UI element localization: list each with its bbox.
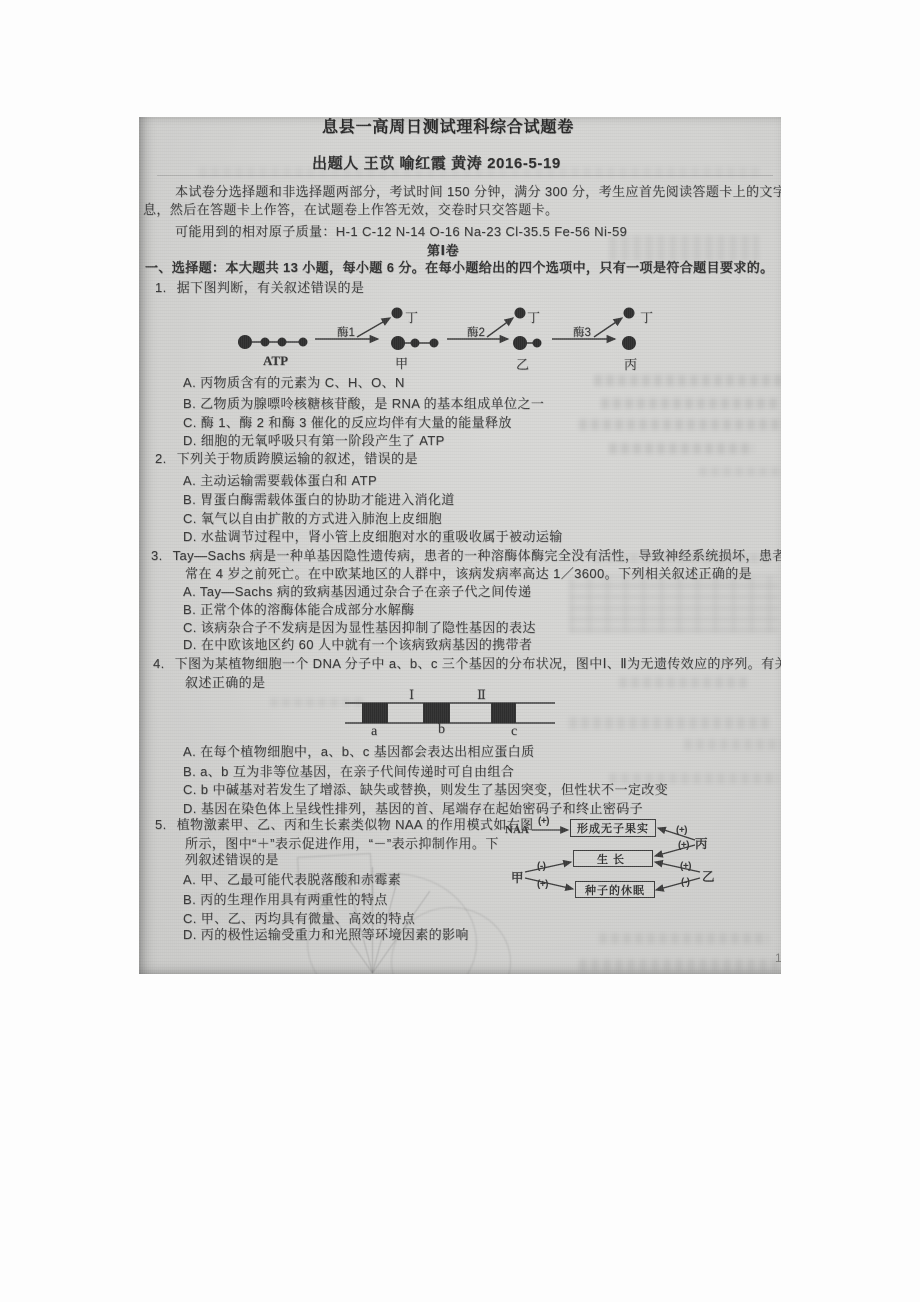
part-heading: 第Ⅰ卷 <box>427 244 459 259</box>
intro-line-2: 息，然后在答题卡上作答，在试题卷上作答无效，交卷时只交答题卡。 <box>143 203 558 218</box>
bleed-smudge <box>199 167 759 177</box>
q1-label-enzyme-1: 酶1 <box>337 324 355 340</box>
q4-option-c: C. b 中碱基对若发生了增添、缺失或替换，则发生了基因突变，但性状不一定改变 <box>183 783 668 798</box>
question-2-stem: 2.下列关于物质跨膜运输的叙述，错误的是 <box>155 452 418 467</box>
question-4-stem-line2: 叙述正确的是 <box>185 676 265 691</box>
q1-label-jia: 甲 <box>395 353 408 372</box>
q4-label-segment-1: Ⅰ <box>409 687 414 703</box>
q3-option-b: B. 正常个体的溶酶体能合成部分水解酶 <box>183 603 415 618</box>
bleed-smudge <box>569 575 779 633</box>
bleed-smudge <box>599 933 769 944</box>
q5-box-seedless-fruit: 形成无子果实 <box>570 819 656 837</box>
atomic-mass-line: 可能用到的相对原子质量：H-1 C-12 N-14 O-16 Na-23 Cl-… <box>175 225 627 240</box>
bleed-smudge <box>569 717 769 729</box>
question-5-stem-line3: 列叙述错误的是 <box>185 853 279 868</box>
q4-option-b: B. a、b 互为非等位基因，在亲子代间传递时可自由组合 <box>183 765 514 780</box>
page-background: 息县一高周日测试理科综合试题卷 出题人 王苡 喻红霞 黄涛 2016-5-19 … <box>0 0 920 1302</box>
q1-label-ding-3: 丁 <box>640 307 653 326</box>
q5-sign-bing-plus-1: (+) <box>676 825 687 836</box>
bleed-smudge <box>609 235 759 261</box>
q5-label-bing: 丙 <box>695 834 708 852</box>
bleed-smudge <box>684 739 781 750</box>
bleed-smudge <box>579 959 779 972</box>
q3-option-a: A. Tay—Sachs 病的致病基因通过杂合子在亲子代之间传递 <box>183 585 531 600</box>
q3-option-d: D. 在中欧该地区约 60 人中就有一个该病致病基因的携带者 <box>183 638 532 653</box>
question-5-stem: 5.植物激素甲、乙、丙和生长素类似物 NAA 的作用模式如右图 <box>155 818 534 833</box>
bleed-smudge <box>594 553 774 563</box>
q1-label-bing: 丙 <box>624 354 637 373</box>
bleed-smudge <box>619 677 749 688</box>
q5-box-growth: 生长 <box>573 850 653 867</box>
q1-label-enzyme-3: 酶3 <box>573 324 591 340</box>
bleed-smudge <box>601 398 781 409</box>
q2-option-d: D. 水盐调节过程中，肾小管上皮细胞对水的重吸收属于被动运输 <box>183 530 563 545</box>
exam-title: 息县一高周日测试理科综合试题卷 <box>322 119 574 137</box>
bleed-smudge <box>594 375 781 386</box>
bleed-smudge <box>270 698 365 707</box>
page-number: 1 <box>775 951 781 965</box>
q1-label-enzyme-2: 酶2 <box>467 324 485 340</box>
question-4-stem: 4.下图为某植物细胞一个 DNA 分子中 a、b、c 三个基因的分布状况，图中Ⅰ… <box>153 657 781 672</box>
q4-label-gene-c: c <box>511 724 517 740</box>
q1-option-d: D. 细胞的无氧呼吸只有第一阶段产生了 ATP <box>183 434 445 449</box>
question-4-number: 4. <box>153 656 165 671</box>
q5-sign-jia-plus: (+) <box>537 879 548 890</box>
q5-sign-naa-plus: (+) <box>538 816 549 827</box>
q1-label-ding-2: 丁 <box>527 307 540 326</box>
question-2-number: 2. <box>155 451 167 466</box>
q1-option-b: B. 乙物质为腺嘌呤核糖核苷酸，是 RNA 的基本组成单位之一 <box>183 397 544 412</box>
q1-atp-diagram <box>229 297 659 369</box>
q4-option-a: A. 在每个植物细胞中，a、b、c 基因都会表达出相应蛋白质 <box>183 745 534 760</box>
q1-label-yi: 乙 <box>516 354 529 373</box>
question-5-stem-text: 植物激素甲、乙、丙和生长素类似物 NAA 的作用模式如右图 <box>177 817 534 832</box>
exam-sheet-scan: 息县一高周日测试理科综合试题卷 出题人 王苡 喻红霞 黄涛 2016-5-19 … <box>139 117 781 974</box>
question-1-number: 1. <box>155 280 167 295</box>
q4-label-segment-2: Ⅱ <box>477 687 486 703</box>
q3-option-c: C. 该病杂合子不发病是因为显性基因抑制了隐性基因的表达 <box>183 621 536 636</box>
section-heading: 一、选择题：本大题共 13 小题，每小题 6 分。在每小题给出的四个选项中，只有… <box>145 261 774 276</box>
q2-option-c: C. 氧气以自由扩散的方式进入肺泡上皮细胞 <box>183 512 442 527</box>
q1-option-c: C. 酶 1、酶 2 和酶 3 催化的反应均伴有大量的能量释放 <box>183 416 512 431</box>
q5-sign-jia-minus: (-) <box>537 861 546 872</box>
q2-option-b: B. 胃蛋白酶需载体蛋白的协助才能进入消化道 <box>183 493 455 508</box>
q5-sign-yi-minus: (-) <box>681 877 690 888</box>
q1-label-atp: ATP <box>263 353 288 369</box>
q5-box-seed-dormancy: 种子的休眠 <box>575 881 655 898</box>
pencil-sketch-line <box>372 867 373 973</box>
q5-label-naa: NAA <box>505 824 529 836</box>
bleed-smudge <box>699 467 781 476</box>
bleed-smudge <box>609 773 779 784</box>
question-5-stem-line2: 所示，图中“＋”表示促进作用，“－”表示抑制作用。下 <box>185 837 499 852</box>
q1-label-ding-1: 丁 <box>405 307 418 326</box>
q5-label-jia: 甲 <box>511 868 524 886</box>
q4-label-gene-b: b <box>438 722 445 738</box>
q4-label-gene-a: a <box>371 724 377 740</box>
question-1-stem-text: 据下图判断，有关叙述错误的是 <box>177 280 365 295</box>
q5-sign-bing-plus-2: (+) <box>678 840 689 851</box>
q5-label-yi: 乙 <box>702 867 715 885</box>
question-5-number: 5. <box>155 817 167 832</box>
bleed-smudge <box>609 443 754 454</box>
question-1-stem: 1.据下图判断，有关叙述错误的是 <box>155 281 364 296</box>
intro-line-1: 本试卷分选择题和非选择题两部分，考试时间 150 分钟，满分 300 分，考生应… <box>175 185 781 200</box>
q2-option-a: A. 主动运输需要载体蛋白和 ATP <box>183 474 377 489</box>
q1-option-a: A. 丙物质含有的元素为 C、H、O、N <box>183 376 405 391</box>
bleed-smudge <box>579 419 781 430</box>
q5-sign-yi-plus: (+) <box>680 861 691 872</box>
question-4-stem-text: 下图为某植物细胞一个 DNA 分子中 a、b、c 三个基因的分布状况，图中Ⅰ、Ⅱ… <box>175 656 781 671</box>
question-2-stem-text: 下列关于物质跨膜运输的叙述，错误的是 <box>177 451 418 466</box>
question-3-number: 3. <box>151 548 163 563</box>
